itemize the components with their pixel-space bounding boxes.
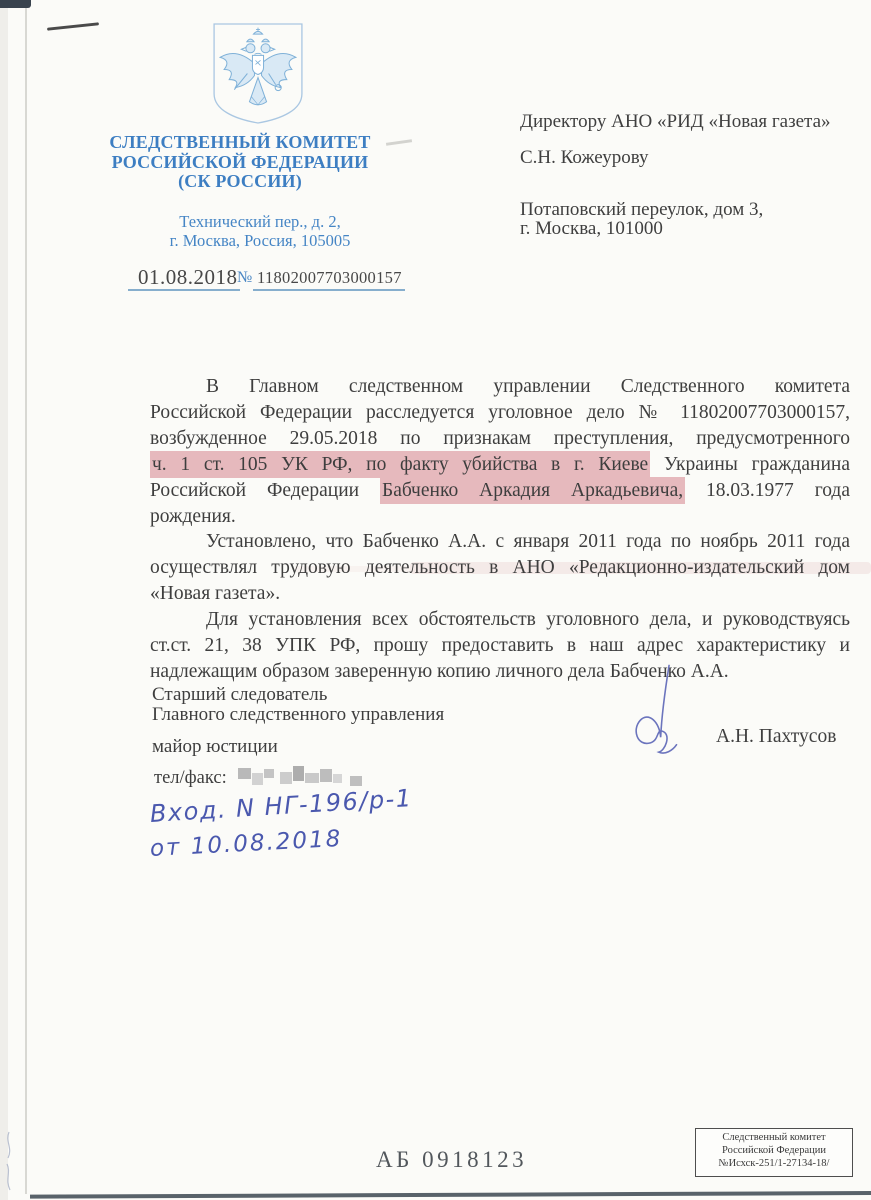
body-text-segment: Российской Федерации расследуется уголов… <box>150 402 850 423</box>
body-text-line: Российской Федерации расследуется уголов… <box>150 400 850 426</box>
body-text-line: осуществлял трудовую деятельность в АНО … <box>150 555 850 581</box>
highlighted-text: Бабченко Аркадия Аркадьевича, <box>380 477 685 504</box>
recipient-address-line: г. Москва, 101000 <box>520 219 663 238</box>
coat-of-arms-icon <box>210 21 306 126</box>
handwritten-signature <box>628 660 684 766</box>
body-text-line: ч. 1 ст. 105 УК РФ, по факту убийства в … <box>150 452 850 478</box>
body-text-segment: осуществлял трудовую деятельность в АНО … <box>150 557 850 578</box>
body-text-line: надлежащим образом заверенную копию личн… <box>150 659 850 685</box>
recipient-name: С.Н. Кожеурову <box>520 148 649 167</box>
number-underline <box>253 289 405 291</box>
body-text-segment: рождения. <box>150 506 236 527</box>
org-address-line: Технический пер., д. 2, <box>125 212 395 231</box>
body-text-line: Для установления всех обстоятельств угол… <box>150 607 850 633</box>
body-text-line: В Главном следственном управлении Следст… <box>150 374 850 400</box>
body-text-segment: Украины гражданина <box>650 454 850 475</box>
scan-left-margin <box>0 0 8 1200</box>
body-text-segment: 18.03.1977 года <box>685 480 850 501</box>
org-name-line: РОССИЙСКОЙ ФЕДЕРАЦИИ <box>105 153 375 173</box>
body-text-line: «Новая газета». <box>150 581 850 607</box>
highlighted-text: ч. 1 ст. 105 УК РФ, по факту убийства в … <box>150 451 650 478</box>
org-name-line: СЛЕДСТВЕННЫЙ КОМИТЕТ <box>105 133 375 153</box>
stamp-box-line: Следственный комитет <box>696 1132 852 1145</box>
body-text-line: рождения. <box>150 504 850 530</box>
stamp-box-line: №Исхск-251/1-27134-18/ <box>696 1158 852 1171</box>
recipient-title: Директору АНО «РИД «Новая газета» <box>520 112 831 131</box>
recipient-address-line: Потаповский переулок, дом 3, <box>520 200 763 219</box>
body-text-line: Российской Федерации Бабченко Аркадия Ар… <box>150 478 850 504</box>
signer-rank: майор юстиции <box>152 736 278 758</box>
outgoing-stamp-box: Следственный комитет Российской Федераци… <box>695 1128 853 1177</box>
body-text-segment: ст.ст. 21, 38 УПК РФ, прошу предоставить… <box>150 635 850 656</box>
body-text-segment: «Новая газета». <box>150 583 280 604</box>
pen-scribble-mark <box>1 1130 21 1196</box>
body-text-line: возбужденное 29.05.2018 по признакам пре… <box>150 426 850 452</box>
body-text-line: Установлено, что Бабченко А.А. с января … <box>150 529 850 555</box>
signer-position-line: Главного следственного управления <box>152 704 444 726</box>
letter-date: 01.08.2018 <box>138 265 238 290</box>
body-text-segment: Установлено, что Бабченко А.А. с января … <box>206 531 850 552</box>
date-underline <box>128 289 240 291</box>
phone-fax-label: тел/факс: <box>154 768 227 789</box>
scan-bottom-edge <box>30 1191 871 1198</box>
pen-dash-mark <box>47 22 99 30</box>
org-name-line: (СК РОССИИ) <box>105 172 375 192</box>
number-sign: № <box>237 269 252 287</box>
body-text-segment: возбужденное 29.05.2018 по признакам пре… <box>150 428 850 449</box>
org-address: Технический пер., д. 2, г. Москва, Росси… <box>125 212 395 250</box>
scan-corner-mark <box>0 0 31 8</box>
scan-page-edge <box>25 6 27 1194</box>
outgoing-doc-number: 11802007703000157 <box>257 268 402 288</box>
scan-smudge <box>386 139 412 146</box>
scanned-letter-page: СЛЕДСТВЕННЫЙ КОМИТЕТ РОССИЙСКОЙ ФЕДЕРАЦИ… <box>0 0 871 1200</box>
body-text-segment: В Главном следственном управлении Следст… <box>206 376 850 397</box>
body-text-segment: Для установления всех обстоятельств угол… <box>206 609 850 630</box>
org-address-line: г. Москва, Россия, 105005 <box>125 231 395 250</box>
stamp-box-line: Российской Федерации <box>696 1145 852 1158</box>
blank-form-number: АБ 0918123 <box>376 1147 527 1173</box>
body-text-line: ст.ст. 21, 38 УПК РФ, прошу предоставить… <box>150 633 850 659</box>
signer-name: А.Н. Пахтусов <box>716 726 836 748</box>
signer-position-line: Старший следователь <box>152 684 327 706</box>
letter-body: В Главном следственном управлении Следст… <box>150 374 850 685</box>
handwritten-incoming-date: от 10.08.2018 <box>149 826 343 862</box>
org-name: СЛЕДСТВЕННЫЙ КОМИТЕТ РОССИЙСКОЙ ФЕДЕРАЦИ… <box>105 133 375 192</box>
body-text-segment: Российской Федерации <box>150 480 380 501</box>
